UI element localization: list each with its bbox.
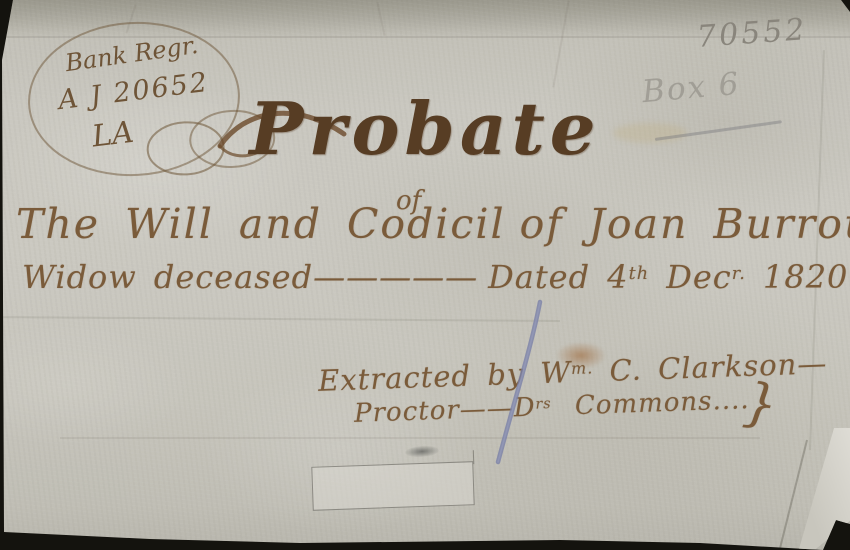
superscript-m: m.: [571, 358, 594, 378]
dated-text: Dated 4: [488, 258, 629, 296]
widow-deceased-text: Widow deceased: [22, 258, 313, 296]
pencil-drawn-rectangle: [311, 461, 474, 511]
doctors-abbr: D: [513, 393, 536, 424]
flourish-dash-1: —————: [313, 258, 478, 296]
will-line-part1: The Will and Codicil: [16, 200, 506, 248]
proctor-dash: ——: [459, 393, 514, 425]
will-line-part2: of Joan Burrough: [520, 200, 850, 248]
superscript-th: th: [629, 264, 649, 284]
flourish-tail: —: [797, 346, 828, 381]
year-text: 1820.: [746, 258, 850, 296]
document-title: Probate: [0, 86, 850, 171]
horizontal-crease-lower: [60, 437, 760, 439]
month-text: Dec: [649, 258, 732, 296]
proctor-text: Proctor: [354, 395, 461, 429]
parchment-sheet: Bank Regr. A J 20652 LA 70552 Box 6 Prob…: [0, 0, 850, 550]
document-photo: Bank Regr. A J 20652 LA 70552 Box 6 Prob…: [0, 0, 850, 550]
superscript-r: r.: [732, 264, 746, 284]
inserted-word-of: of: [396, 186, 421, 216]
superscript-rs: rs: [535, 396, 552, 413]
date-line: Widow deceased—————Dated 4th Decr. 1820.…: [22, 258, 850, 296]
will-line: The Will and Codicilof Joan Burrough: [16, 200, 850, 248]
